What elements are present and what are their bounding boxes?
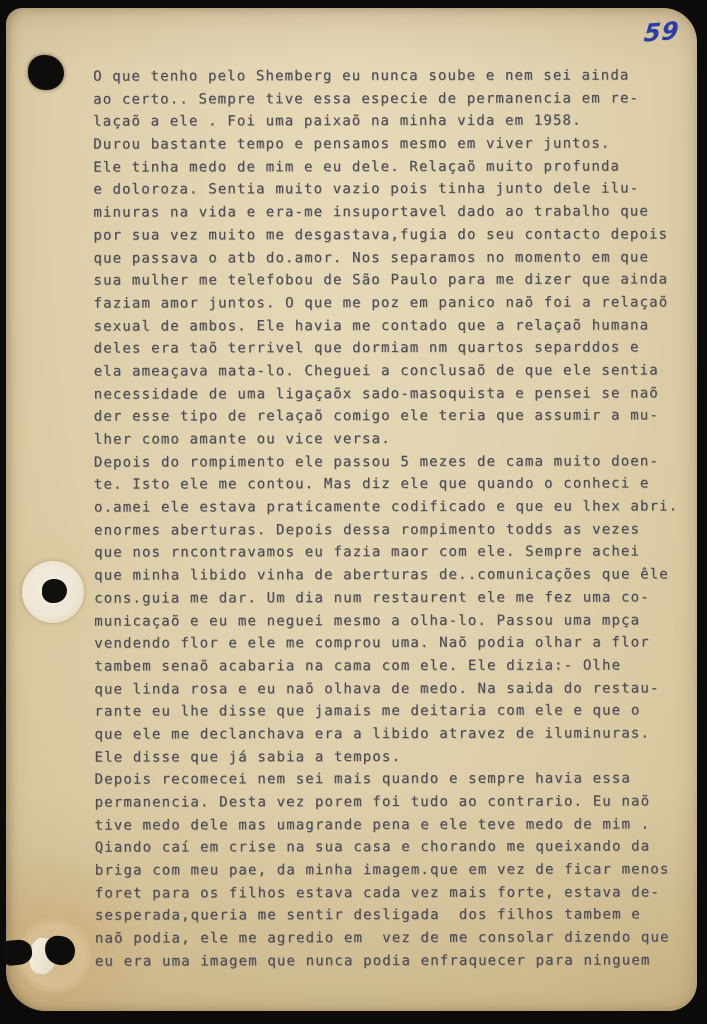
typed-line: que linda rosa e eu naõ olhava de medo. … — [94, 677, 694, 701]
typed-line: naõ podia, ele me agredio em vez de me c… — [95, 926, 695, 950]
typed-line: Durou bastante tempo e pensamos mesmo em… — [93, 132, 693, 156]
typed-line: por sua vez muito me desgastava,fugia do… — [93, 223, 693, 247]
typed-line: vendendo flor e ele me comprou uma. Naõ … — [94, 632, 694, 656]
typed-line: Ele disse que já sabia a tempos. — [94, 745, 694, 769]
photo-of-typewritten-page: 59 O que tenho pelo Shemberg eu nunca so… — [0, 0, 707, 1024]
typed-line: o.amei ele estava praticamente codificad… — [94, 495, 694, 519]
typed-line: ela ameaçava mata-lo. Cheguei a conclusa… — [94, 359, 694, 383]
typed-line: cons.guia me dar. Um dia num restaurent … — [94, 586, 694, 610]
typed-line: que nos rncontravamos eu fazia maor com … — [94, 541, 694, 565]
typed-line: sua mulher me telefobou de São Paulo par… — [93, 269, 693, 293]
punch-hole-middle — [42, 579, 67, 603]
typed-line: tive medo dele mas umagrande pena e ele … — [95, 813, 695, 837]
typed-line: Qiando caí em crise na sua casa e choran… — [95, 836, 695, 860]
typed-line: minuras na vida e era-me insuportavel da… — [93, 200, 693, 224]
typed-line: foret para os filhos estava cada vez mai… — [95, 881, 695, 905]
punch-hole-reinforcement-ring — [22, 561, 84, 623]
typed-line: rante eu lhe disse que jamais me deitari… — [94, 700, 694, 724]
typed-line: e doloroza. Sentia muito vazio pois tinh… — [93, 178, 693, 202]
typed-line: Depois do rompimento ele passou 5 mezes … — [94, 450, 694, 474]
typed-line: sesperada,queria me sentir desligada dos… — [95, 904, 695, 928]
typed-line: briga com meu pae, da minha imagem.que e… — [95, 858, 695, 882]
typed-line: ao certo.. Sempre tive essa especie de p… — [93, 87, 693, 111]
typed-line: necessidade de uma ligaçaõx sado-masoqui… — [94, 382, 694, 406]
typewritten-text-body: O que tenho pelo Shemberg eu nunca soube… — [93, 64, 695, 973]
typed-line: tambem senaõ acabaria na cama com ele. E… — [94, 654, 694, 678]
typed-line: der esse tipo de relaçaõ comigo ele teri… — [94, 405, 694, 429]
typed-line: que passava o atb do.amor. Nos separamos… — [93, 246, 693, 270]
typed-line: enormes aberturas. Depois dessa rompimen… — [94, 518, 694, 542]
typed-line: Ele tinha medo de mim e eu dele. Relaçaõ… — [93, 155, 693, 179]
typed-line: permanencia. Desta vez porem foi tudo ao… — [95, 790, 695, 814]
typed-line: laçaõ a ele . Foi uma paixaõ na minha vi… — [93, 110, 693, 134]
typed-line: lher como amante ou vice versa. — [94, 427, 694, 451]
typed-line: que minha libido vinha de aberturas de..… — [94, 563, 694, 587]
typed-line: municaçaõ e eu me neguei mesmo a olha-lo… — [94, 609, 694, 633]
punch-hole-top — [28, 55, 64, 90]
typed-line: O que tenho pelo Shemberg eu nunca soube… — [93, 64, 693, 88]
document-page: 59 O que tenho pelo Shemberg eu nunca so… — [6, 8, 697, 1011]
typed-line: faziam amor juntos. O que me poz em pani… — [94, 291, 694, 315]
typed-line: te. Isto ele me contou. Mas diz ele que … — [94, 473, 694, 497]
typed-line: que ele me declanchava era a libido atra… — [94, 722, 694, 746]
typed-line: Depois recomecei nem sei mais quando e s… — [95, 768, 695, 792]
typed-line: eu era uma imagem que nunca podia enfraq… — [95, 949, 695, 973]
typed-line: sexual de ambos. Ele havia me contado qu… — [94, 314, 694, 338]
handwritten-page-number: 59 — [643, 16, 681, 47]
typed-line: deles era taõ terrivel que dormiam nm qu… — [94, 337, 694, 361]
